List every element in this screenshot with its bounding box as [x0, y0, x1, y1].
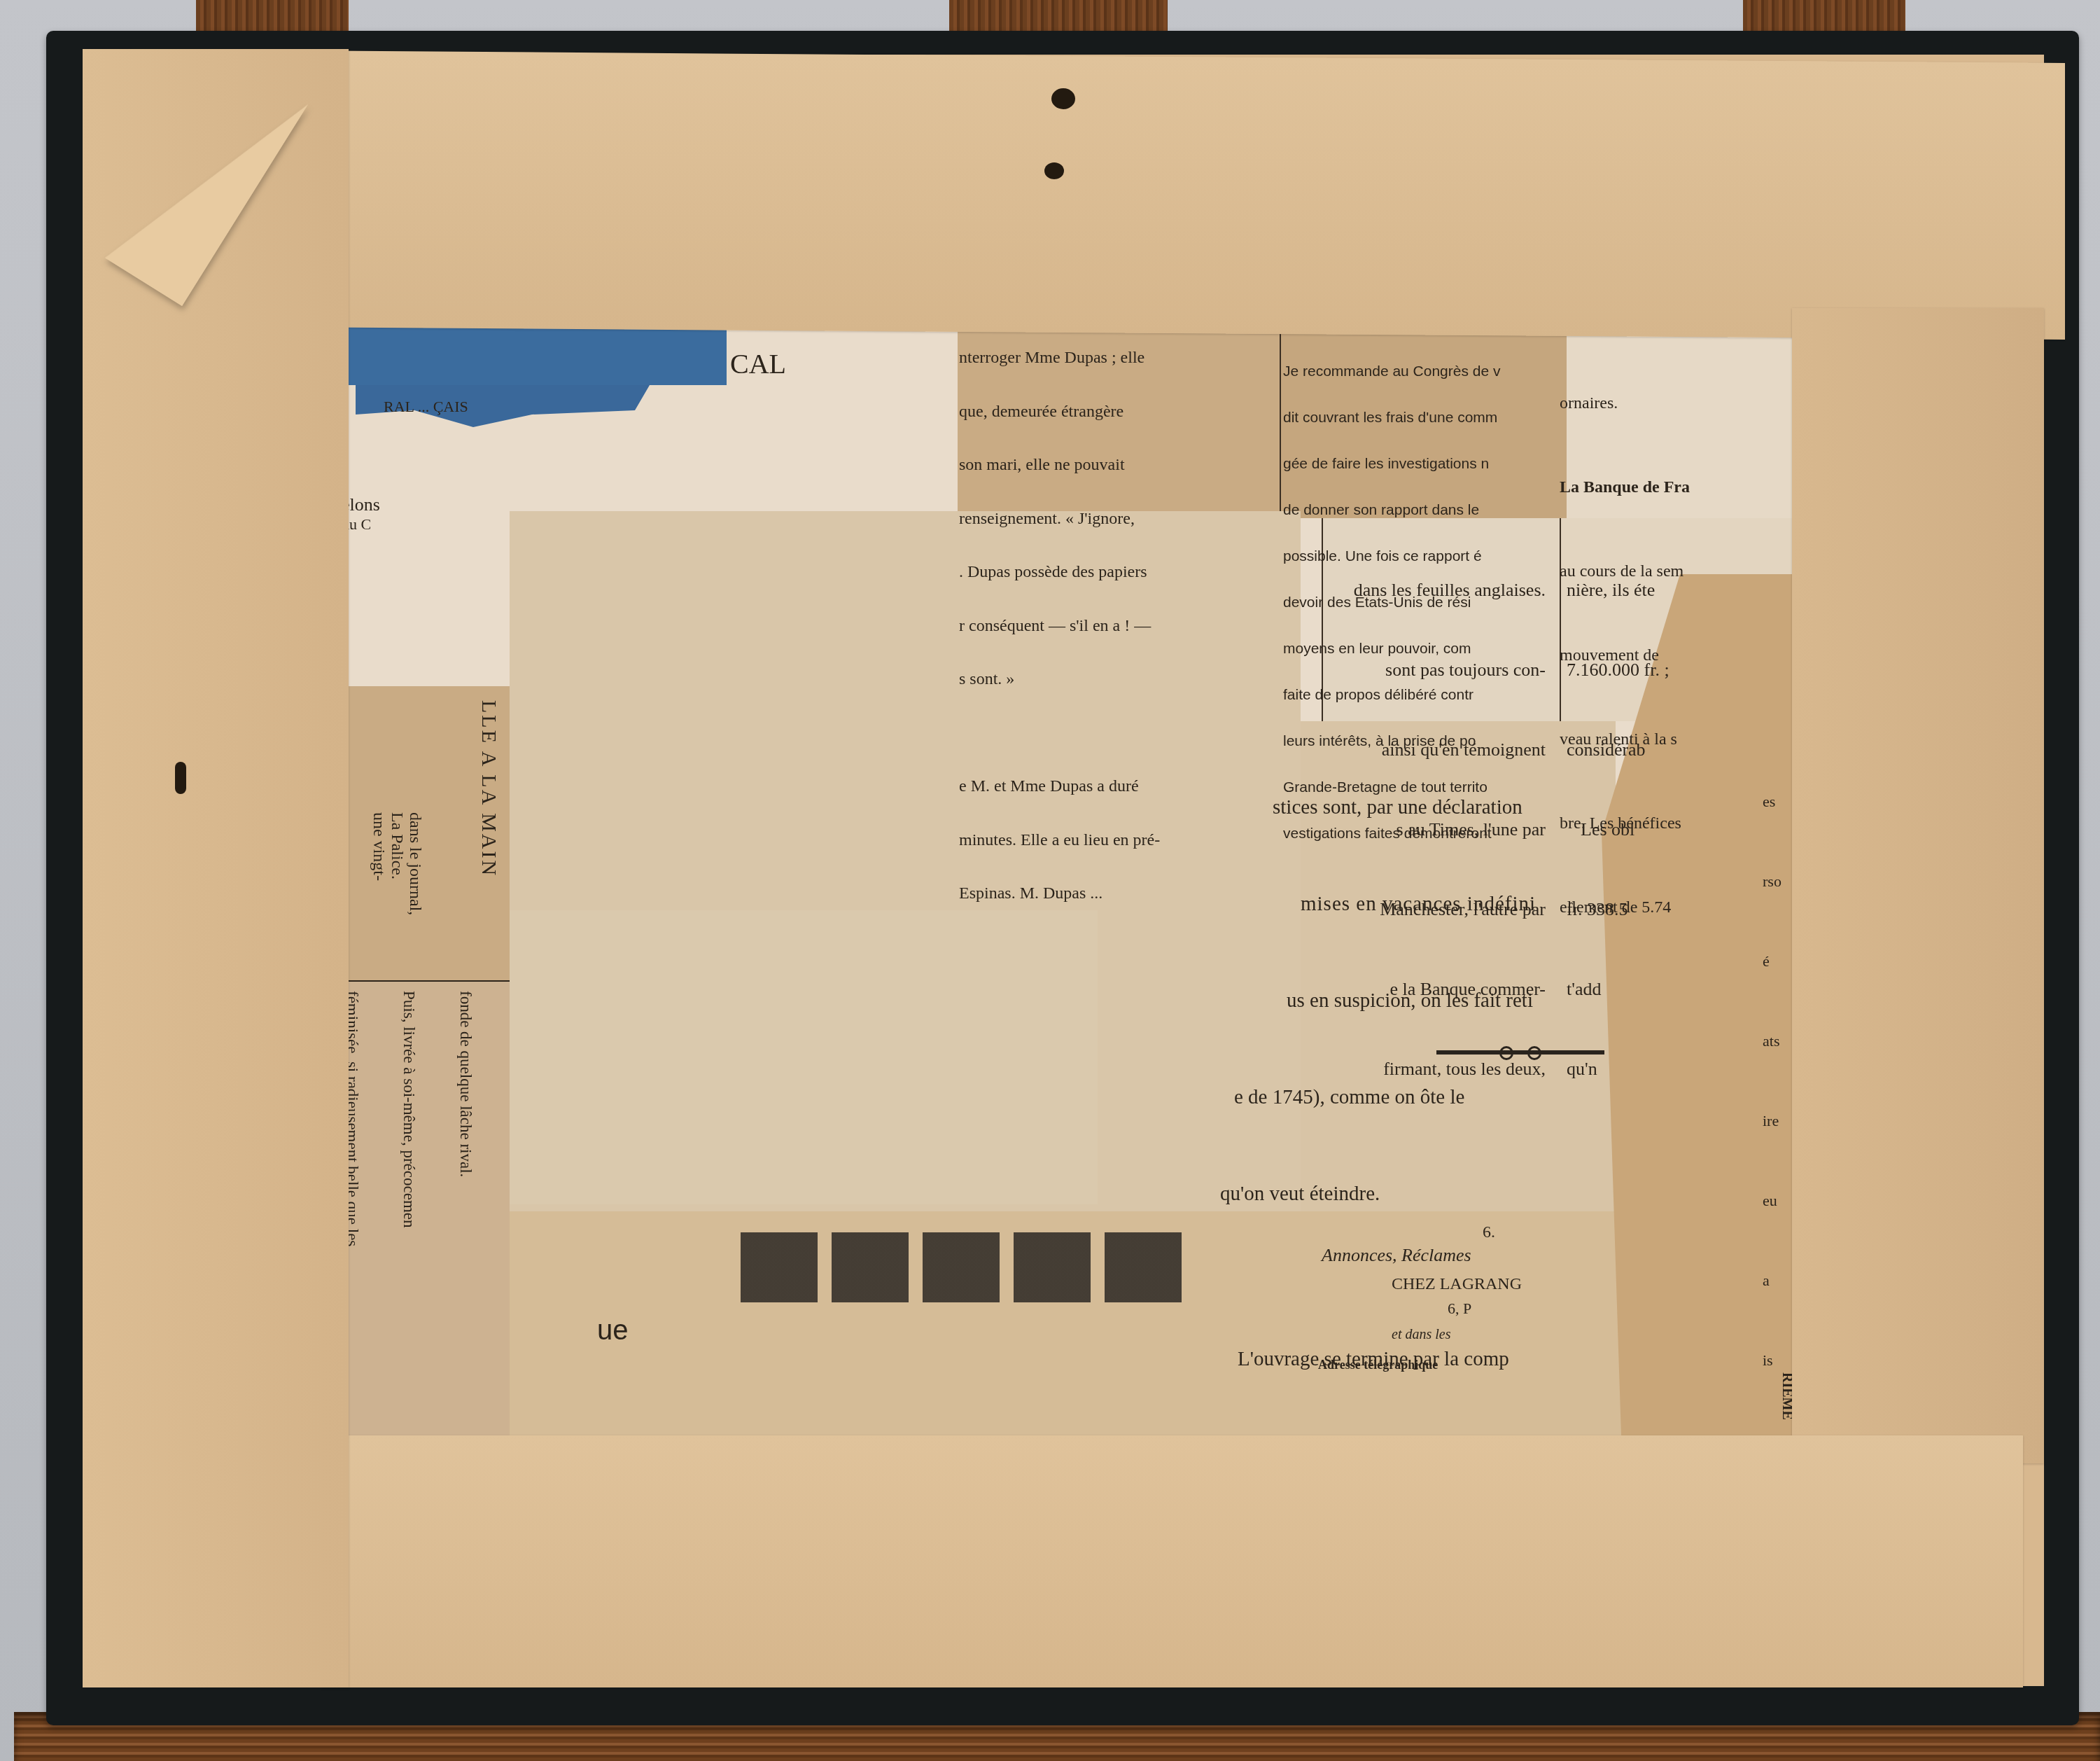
text-line: que, demeurée étrangère [959, 403, 1160, 422]
text-line: dans les feuilles anglaises. [1252, 577, 1546, 604]
text-line: son mari, elle ne pouvait [959, 457, 1160, 475]
annonces-line2: CHEZ LAGRANG [1392, 1276, 1522, 1293]
vertical-column-text: fonde de quelque lâche rival. Puis, livr… [342, 991, 513, 1246]
text-line: e de 1745), comme on ôte le [1199, 1081, 1536, 1113]
annonces-line3: 6, P [1448, 1301, 1471, 1316]
text-line: fr. 338.5 [1567, 896, 1669, 923]
text-line [959, 725, 1160, 743]
annonces-number: 6. [1483, 1224, 1495, 1241]
text-line: nterroger Mme Dupas ; elle [959, 349, 1160, 368]
text-line: us en suspicion, on les fait reti [1199, 984, 1536, 1017]
text-line: stices sont, par une déclaration [1199, 791, 1536, 823]
book-page-text: stices sont, par une déclaration mises e… [1199, 727, 1536, 1435]
newspaper-collage: CAL RAL ... ÇAIS elons du C nterroger Mm… [342, 308, 1798, 1435]
tape-strip-right [1792, 308, 2044, 1463]
text-line: qu'on veut éteindre. [1199, 1178, 1536, 1210]
text-line: dans le journal, [406, 812, 424, 915]
nail-hole [1051, 88, 1075, 109]
text-line: is [1763, 1347, 1781, 1374]
printer-ornament [1436, 1050, 1604, 1054]
text-line: Espinas. M. Dupas ... [959, 885, 1160, 903]
right-edge-fragments: es rso é ats ire eu a is [1763, 735, 1781, 1427]
text-line: é [1763, 948, 1781, 975]
tape-strip-top [84, 49, 2065, 340]
bottom-small-text: ue [597, 1316, 629, 1344]
text-line: sont pas toujours con- [1252, 657, 1546, 683]
text-line: r conséquent — s'il en a ! — [959, 618, 1160, 636]
text-line: de donner son rapport dans le [1283, 503, 1501, 518]
finance-column: nière, ils éte 7.160.000 fr. ; considéra… [1567, 524, 1669, 1136]
text-line: nière, ils éte [1567, 577, 1669, 604]
text-line: La Banque de Fra [1560, 473, 1690, 501]
text-line: ire [1763, 1108, 1781, 1134]
text-line: e M. et Mme Dupas a duré [959, 778, 1160, 796]
annonces-line4: et dans les [1392, 1328, 1450, 1342]
text-line: Les obl [1567, 816, 1669, 843]
text-line: eu [1763, 1188, 1781, 1214]
text-line: t'add [1567, 976, 1669, 1003]
blue-header-fragment: CAL [730, 350, 786, 378]
text-line: es [1763, 788, 1781, 815]
text-line: ats [1763, 1028, 1781, 1054]
text-line: Puis, livrée à soi-même, précocemen [400, 991, 419, 1246]
vertical-small-text: dans le journal,La Palice.une vingt- [370, 812, 424, 915]
text-line: s sont. » [959, 671, 1160, 689]
blank-paper-panel-lower [510, 910, 1098, 1204]
annonces-line5: Adresse télégraphique [1318, 1358, 1438, 1371]
text-line: a [1763, 1267, 1781, 1294]
annonces-title: Annonces, Réclames [1322, 1246, 1471, 1265]
text-line: ornaires. [1560, 389, 1690, 417]
hanging-slot [175, 762, 186, 794]
dupas-column: nterroger Mme Dupas ; elle que, demeurée… [959, 314, 1160, 939]
text-line: mises en vacances indéfini [1199, 888, 1536, 920]
text-line: renseignement. « J'ignore, [959, 510, 1160, 529]
text-line: rso [1763, 868, 1781, 895]
text-line: une vingt- [370, 812, 388, 915]
text-line: La Palice. [388, 812, 406, 915]
text-line: Je recommande au Congrès de v [1283, 364, 1501, 380]
text-line: fonde de quelque lâche rival. [456, 991, 475, 1246]
text-line: minutes. Elle a eu lieu en pré- [959, 832, 1160, 850]
text-line: considérab [1567, 737, 1669, 763]
text-line: gée de faire les investigations n [1283, 457, 1501, 472]
text-line: dit couvrant les frais d'une comm [1283, 410, 1501, 426]
text-line: qu'n [1567, 1056, 1669, 1083]
masthead-glyphs [741, 1232, 1196, 1302]
vertical-heading: LLE A LA MAIN [478, 700, 499, 877]
nail-hole [1044, 162, 1064, 179]
tape-strip-left [83, 49, 349, 1687]
text-line: 7.160.000 fr. ; [1567, 657, 1669, 683]
blue-subheader-fragment: RAL ... ÇAIS [384, 399, 468, 415]
tape-strip-bottom [322, 1435, 2023, 1687]
text-line: . Dupas possède des papiers [959, 564, 1160, 582]
